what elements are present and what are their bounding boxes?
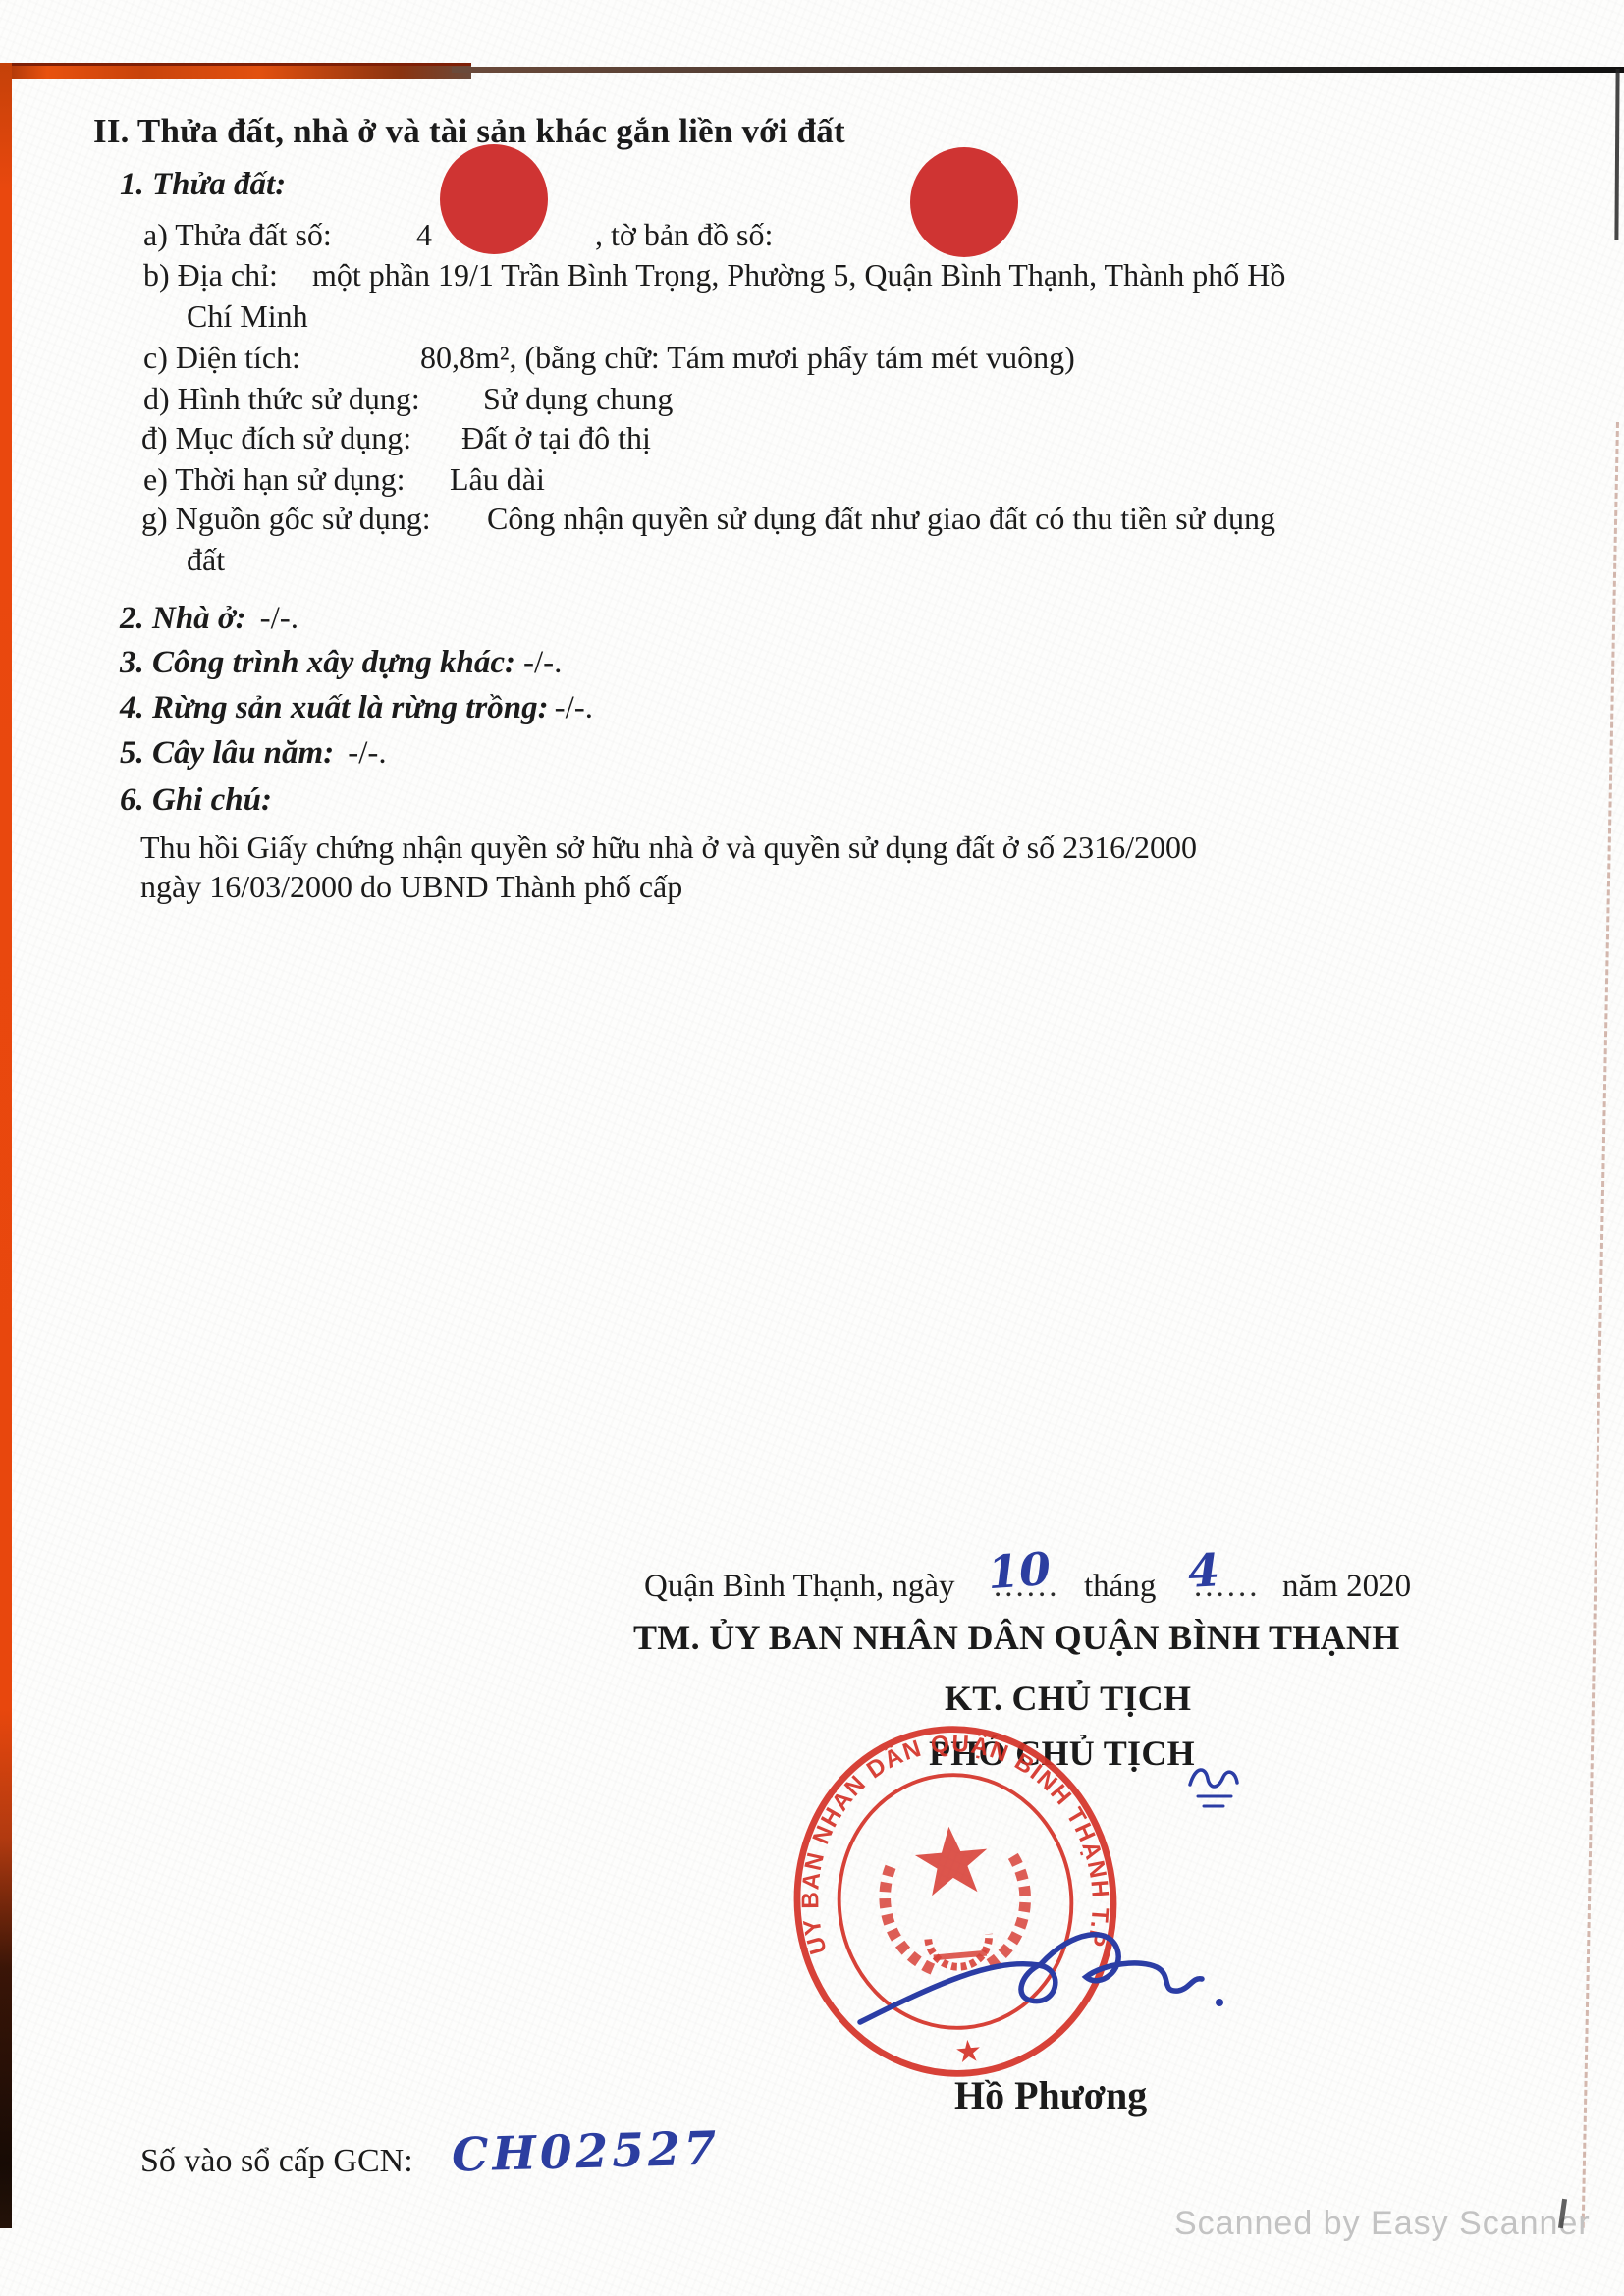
gcn-register-number-handwritten: CH02527: [451, 2122, 721, 2182]
note-line2: ngày 16/03/2000 do UBND Thành phố cấp: [140, 869, 682, 905]
page-border-top-dark: [452, 67, 1624, 73]
address-label: b) Địa chỉ:: [143, 257, 278, 294]
redaction-blob-map-sheet: [910, 147, 1018, 257]
address-value-line1: một phần 19/1 Trần Bình Trọng, Phường 5,…: [312, 257, 1285, 294]
address-value-line2: Chí Minh: [187, 298, 308, 335]
map-sheet-label: , tờ bản đồ số:: [595, 217, 773, 253]
note-line1: Thu hồi Giấy chứng nhận quyền sở hữu nhà…: [140, 829, 1197, 866]
section-perennial-label: 5. Cây lâu năm:: [120, 735, 334, 771]
date-month-label: tháng: [1084, 1569, 1156, 1606]
use-origin-label: g) Nguồn gốc sử dụng:: [141, 501, 431, 537]
date-prefix: Quận Bình Thạnh, ngày: [644, 1569, 955, 1606]
section-title: II. Thửa đất, nhà ở và tài sản khác gắn …: [93, 112, 845, 151]
signer-name: Hồ Phương: [954, 2073, 1147, 2118]
redaction-blob-parcel-number: [440, 144, 548, 254]
date-day-handwritten: 10: [986, 1543, 1053, 1599]
section-construction-label: 3. Công trình xây dựng khác:: [120, 645, 515, 680]
scanner-watermark: Scanned by Easy Scanner: [1174, 2205, 1591, 2243]
parcel-number-visible-digit: 4: [416, 217, 432, 253]
page-border-top-orange: [0, 63, 471, 79]
use-origin-value-line1: Công nhận quyền sử dụng đất như giao đất…: [487, 501, 1275, 537]
section-construction: 3. Công trình xây dựng khác:-/-.: [120, 645, 562, 682]
section-perennial: 5. Cây lâu năm:-/-.: [120, 735, 387, 773]
section-house-value: -/-.: [260, 601, 298, 636]
gcn-register-label: Số vào sổ cấp GCN:: [140, 2142, 413, 2180]
national-emblem-star: [913, 1824, 991, 1897]
area-value: 80,8m², (bằng chữ: Tám mươi phẩy tám mét…: [420, 340, 1075, 376]
date-month-handwritten: 4: [1187, 1544, 1221, 1597]
issuing-authority: TM. ỦY BAN NHÂN DÂN QUẬN BÌNH THẠNH: [633, 1618, 1400, 1658]
use-form-value: Sử dụng chung: [483, 381, 673, 417]
scan-edge-right-diagonal: [1582, 422, 1619, 2228]
use-term-label: e) Thời hạn sử dụng:: [143, 461, 406, 498]
handwritten-initials-ink: [1184, 1757, 1247, 1820]
use-form-label: d) Hình thức sử dụng:: [143, 381, 420, 417]
section-forest-label: 4. Rừng sản xuất là rừng trồng:: [120, 690, 549, 725]
section-construction-value: -/-.: [523, 645, 562, 680]
use-purpose-value: Đất ở tại đô thị: [461, 420, 651, 456]
signature-ink: [846, 1916, 1239, 2044]
section-forest: 4. Rừng sản xuất là rừng trồng:-/-.: [120, 690, 593, 727]
section-house: 2. Nhà ở:-/-.: [120, 601, 298, 638]
parcel-number-label: a) Thửa đất số:: [143, 217, 332, 253]
parcel-heading: 1. Thửa đất:: [120, 167, 286, 204]
area-label: c) Diện tích:: [143, 340, 300, 376]
scan-edge-right-top: [1614, 69, 1619, 240]
section-notes-label: 6. Ghi chú:: [120, 782, 272, 820]
section-perennial-value: -/-.: [348, 735, 386, 771]
page-border-left-orange: [0, 63, 12, 2228]
use-purpose-label: đ) Mục đích sử dụng:: [141, 420, 411, 456]
date-year: năm 2020: [1282, 1569, 1411, 1606]
use-origin-value-line2: đất: [187, 542, 225, 578]
scanned-document-page: II. Thửa đất, nhà ở và tài sản khác gắn …: [0, 0, 1624, 2296]
section-forest-value: -/-.: [555, 690, 593, 725]
use-term-value: Lâu dài: [450, 461, 545, 498]
section-house-label: 2. Nhà ở:: [120, 601, 246, 636]
